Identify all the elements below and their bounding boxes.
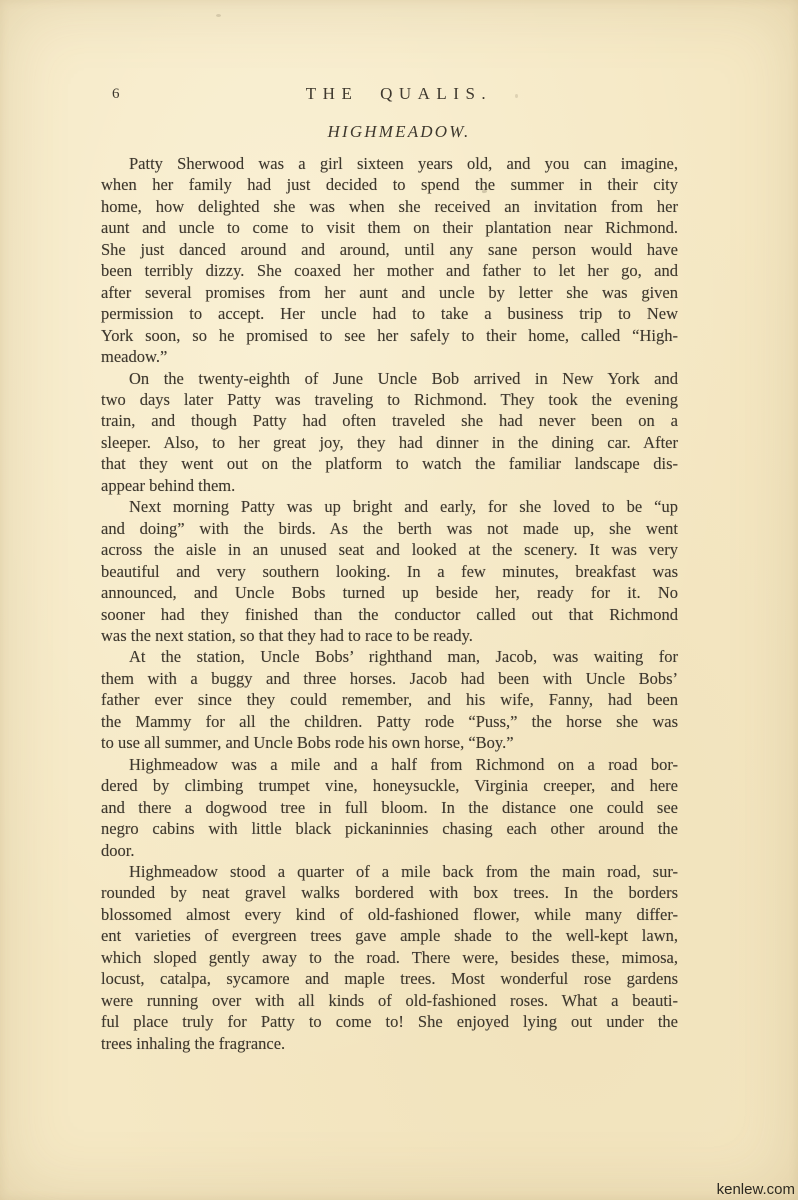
text-line: On the twenty-eighth of June Uncle Bob a…	[101, 368, 678, 389]
text-line: and there a dogwood tree in full bloom. …	[101, 797, 678, 818]
text-line: was the next station, so that they had t…	[101, 625, 678, 646]
text-line: beautiful and very southern looking. In …	[101, 561, 678, 582]
text-line: ent varieties of evergreen trees gave am…	[101, 925, 678, 946]
watermark: kenlew.com	[717, 1181, 795, 1198]
scanned-page: 6 THE QUALIS. HIGHMEADOW. Patty Sherwood…	[0, 0, 798, 1200]
paragraph: Highmeadow was a mile and a half from Ri…	[101, 754, 678, 861]
text-line: were running over with all kinds of old-…	[101, 990, 678, 1011]
text-line: ful place truly for Patty to come to! Sh…	[101, 1011, 678, 1032]
text-line: meadow.”	[101, 346, 678, 367]
paragraph: At the station, Uncle Bobs’ righthand ma…	[101, 646, 678, 753]
text-line: appear behind them.	[101, 475, 678, 496]
text-line: when her family had just decided to spen…	[101, 174, 678, 195]
text-line: Patty Sherwood was a girl sixteen years …	[101, 153, 678, 174]
text-line: the Mammy for all the children. Patty ro…	[101, 711, 678, 732]
paragraph: Highmeadow stood a quarter of a mile bac…	[101, 861, 678, 1054]
text-line: that they went out on the platform to wa…	[101, 453, 678, 474]
paragraph: Patty Sherwood was a girl sixteen years …	[101, 153, 678, 368]
text-line: and doing” with the birds. As the berth …	[101, 518, 678, 539]
text-line: Highmeadow stood a quarter of a mile bac…	[101, 861, 678, 882]
text-line: Highmeadow was a mile and a half from Ri…	[101, 754, 678, 775]
journal-title: THE QUALIS.	[0, 84, 798, 104]
text-line: been terribly dizzy. She coaxed her moth…	[101, 260, 678, 281]
scan-speck	[216, 14, 221, 17]
text-line: which sloped gently away to the road. Th…	[101, 947, 678, 968]
text-line: aunt and uncle to come to visit them on …	[101, 217, 678, 238]
text-line: Next morning Patty was up bright and ear…	[101, 496, 678, 517]
text-line: negro cabins with little black pickaninn…	[101, 818, 678, 839]
text-line: father ever since they could remember, a…	[101, 689, 678, 710]
text-line: locust, catalpa, sycamore and maple tree…	[101, 968, 678, 989]
text-line: permission to accept. Her uncle had to t…	[101, 303, 678, 324]
text-line: across the aisle in an unused seat and l…	[101, 539, 678, 560]
text-line: home, how delighted she was when she rec…	[101, 196, 678, 217]
text-line: to use all summer, and Uncle Bobs rode h…	[101, 732, 678, 753]
text-line: two days later Patty was traveling to Ri…	[101, 389, 678, 410]
text-line: sooner had they finished than the conduc…	[101, 604, 678, 625]
text-line: rounded by neat gravel walks bordered wi…	[101, 882, 678, 903]
text-line: dered by climbing trumpet vine, honeysuc…	[101, 775, 678, 796]
text-line: sleeper. Also, to her great joy, they ha…	[101, 432, 678, 453]
text-line: At the station, Uncle Bobs’ righthand ma…	[101, 646, 678, 667]
text-line: trees inhaling the fragrance.	[101, 1033, 678, 1054]
text-line: announced, and Uncle Bobs turned up besi…	[101, 582, 678, 603]
text-line: train, and though Patty had often travel…	[101, 410, 678, 431]
article-title: HIGHMEADOW.	[0, 122, 798, 142]
text-line: after several promises from her aunt and…	[101, 282, 678, 303]
paragraph: On the twenty-eighth of June Uncle Bob a…	[101, 368, 678, 497]
paragraph: Next morning Patty was up bright and ear…	[101, 496, 678, 646]
text-line: blossomed almost every kind of old-fashi…	[101, 904, 678, 925]
article-body: Patty Sherwood was a girl sixteen years …	[101, 153, 678, 1054]
text-line: She just danced around and around, until…	[101, 239, 678, 260]
text-line: door.	[101, 840, 678, 861]
text-line: them with a buggy and three horses. Jaco…	[101, 668, 678, 689]
text-line: York soon, so he promised to see her saf…	[101, 325, 678, 346]
